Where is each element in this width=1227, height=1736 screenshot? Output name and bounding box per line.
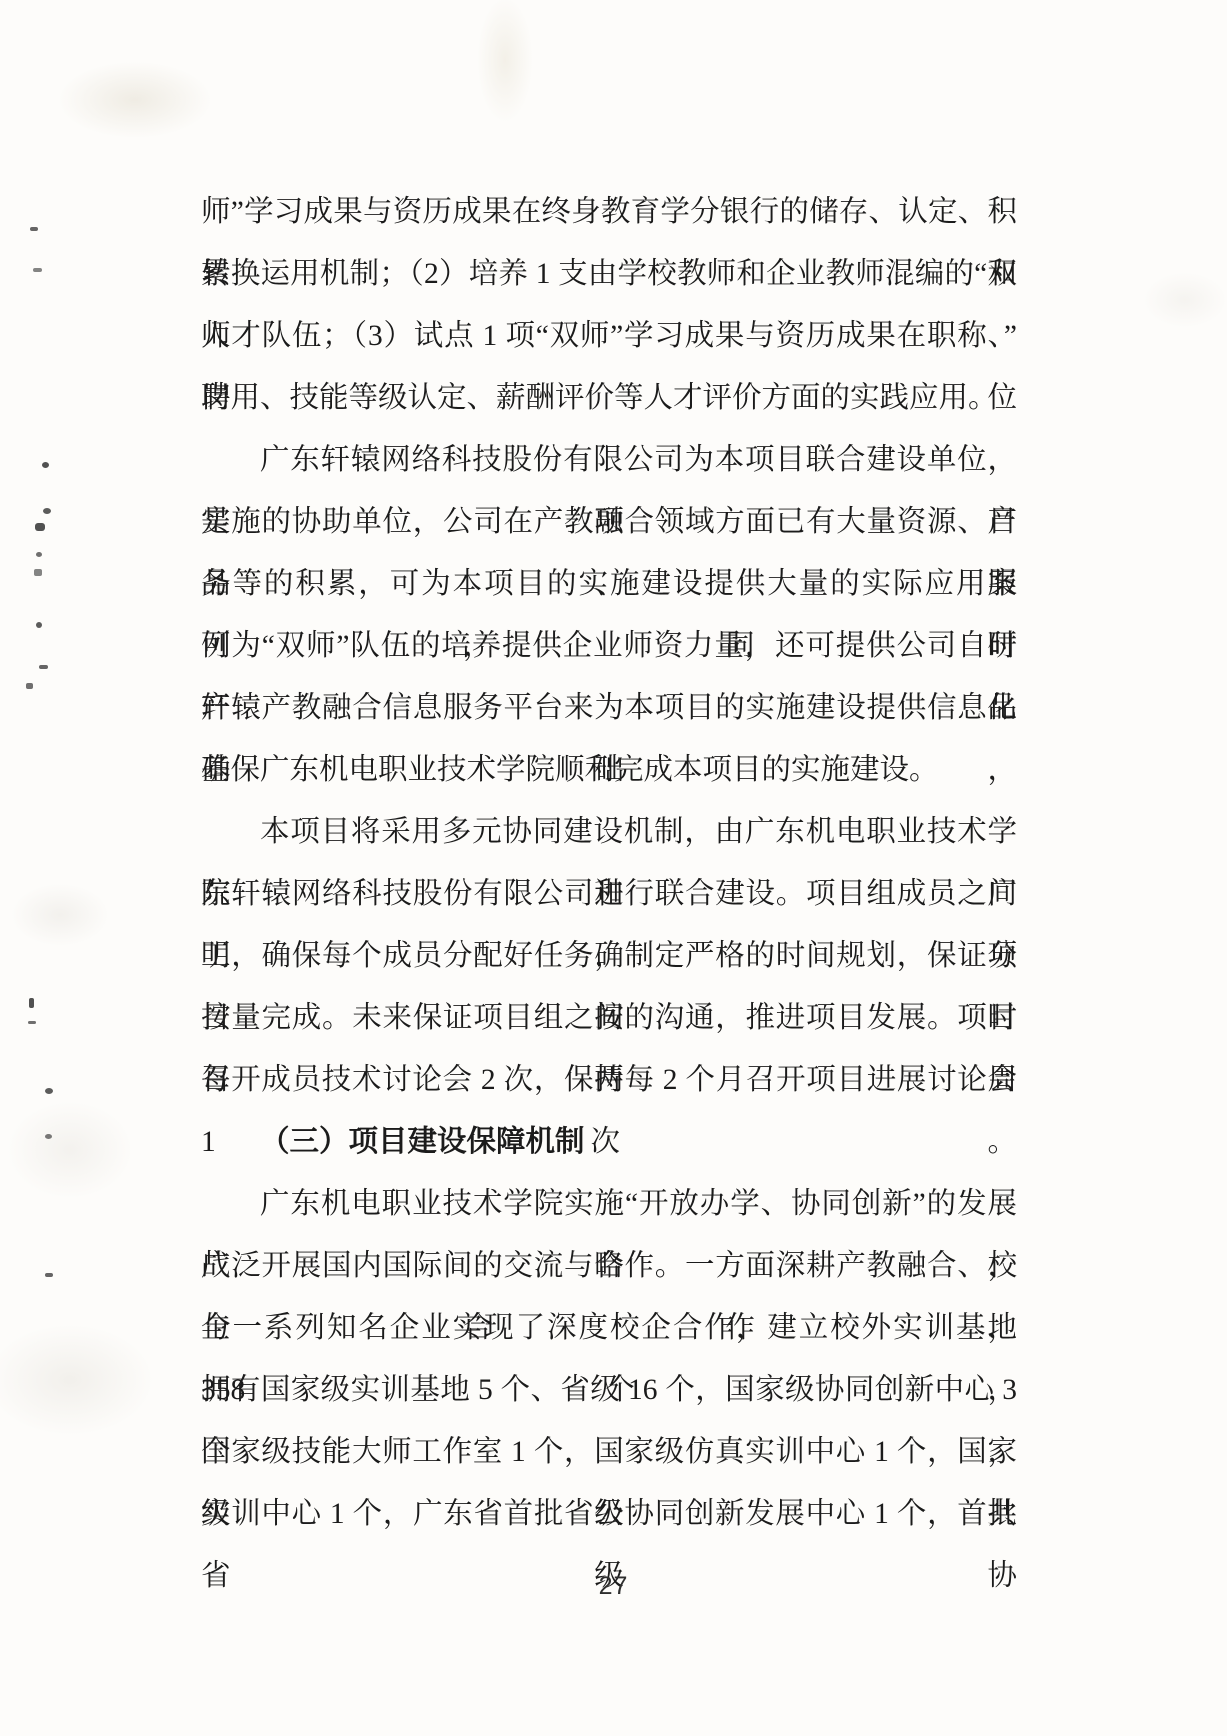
scan-speck: [36, 552, 42, 557]
text-line: 确保广东机电职业技术学院顺利完成本项目的实施建设。: [201, 739, 1017, 801]
text-line: 广泛开展国内国际间的交流与合作。一方面深耕产教融合、校企合作，: [201, 1235, 1017, 1297]
text-line: 与一系列知名企业实现了深度校企合作，建立校外实训基地 358 个，: [201, 1297, 1017, 1359]
text-line: 聘用、技能等级认定、薪酬评价等人才评价方面的实践应用。: [201, 367, 1017, 429]
scan-speck: [45, 1088, 53, 1094]
scan-speck: [45, 1134, 52, 1139]
scan-speck: [26, 683, 33, 689]
scan-speck: [42, 462, 49, 468]
scan-speck: [29, 998, 34, 1008]
text-line: 拥有国家级实训基地 5 个、省级 16 个，国家级协同创新中心 3 个，: [201, 1359, 1017, 1421]
text-line: 广东机电职业技术学院实施“开放办学、协同创新”的发展战略，: [201, 1173, 1017, 1235]
text-line: 东轩辕网络科技股份有限公司进行联合建设。项目组成员之间明确分: [201, 863, 1017, 925]
text-line: 实施的协助单位，公司在产教融合领域方面已有大量资源、产品、服: [201, 491, 1017, 553]
scan-speck: [45, 1273, 53, 1277]
scan-speck: [34, 569, 42, 576]
text-line: 可为“双师”队伍的培养提供企业师资力量，还可提供公司自研产品: [201, 615, 1017, 677]
text-line: 本项目将采用多元协同建设机制，由广东机电职业技术学院和广: [201, 801, 1017, 863]
scan-speck: [28, 1021, 36, 1024]
text-line: 师”学习成果与资历成果在终身教育学分银行的储存、认定、积累和: [201, 181, 1017, 243]
text-line: 转换运用机制；（2）培养 1 支由学校教师和企业教师混编的“双师”: [201, 243, 1017, 305]
scan-speck: [35, 523, 45, 531]
text-line: 轩辕产教融合信息服务平台来为本项目的实施建设提供信息化基础，: [201, 677, 1017, 739]
scan-speck: [43, 508, 51, 514]
text-line: 国家级技能大师工作室 1 个，国家级仿真实训中心 1 个，国家级公共: [201, 1421, 1017, 1483]
scan-speck: [33, 268, 42, 272]
scan-speck: [39, 665, 48, 669]
text-line: 广东轩辕网络科技股份有限公司为本项目联合建设单位，是项目: [201, 429, 1017, 491]
text-line: 按量完成。未来保证项目组之间的沟通，推进项目发展。项目每两周: [201, 987, 1017, 1049]
text-line: 人才队伍；（3）试点 1 项“双师”学习成果与资历成果在职称、岗位: [201, 305, 1017, 367]
text-line: 务等的积累，可为本项目的实施建设提供大量的实际应用案例，同时: [201, 553, 1017, 615]
scan-speck: [30, 227, 38, 231]
text-line: 实训中心 1 个，广东省首批省级协同创新发展中心 1 个，首批省级协: [201, 1483, 1017, 1545]
text-block: 师”学习成果与资历成果在终身教育学分银行的储存、认定、积累和转换运用机制；（2）…: [201, 181, 1017, 1545]
text-line: 工，确保每个成员分配好任务，制定严格的时间规划，保证项目按时: [201, 925, 1017, 987]
text-line: 召开成员技术讨论会 2 次，保持每 2 个月召开项目进展讨论会 1 次。: [201, 1049, 1017, 1111]
page-number: 27: [0, 1572, 1227, 1601]
scan-speck: [36, 622, 42, 628]
